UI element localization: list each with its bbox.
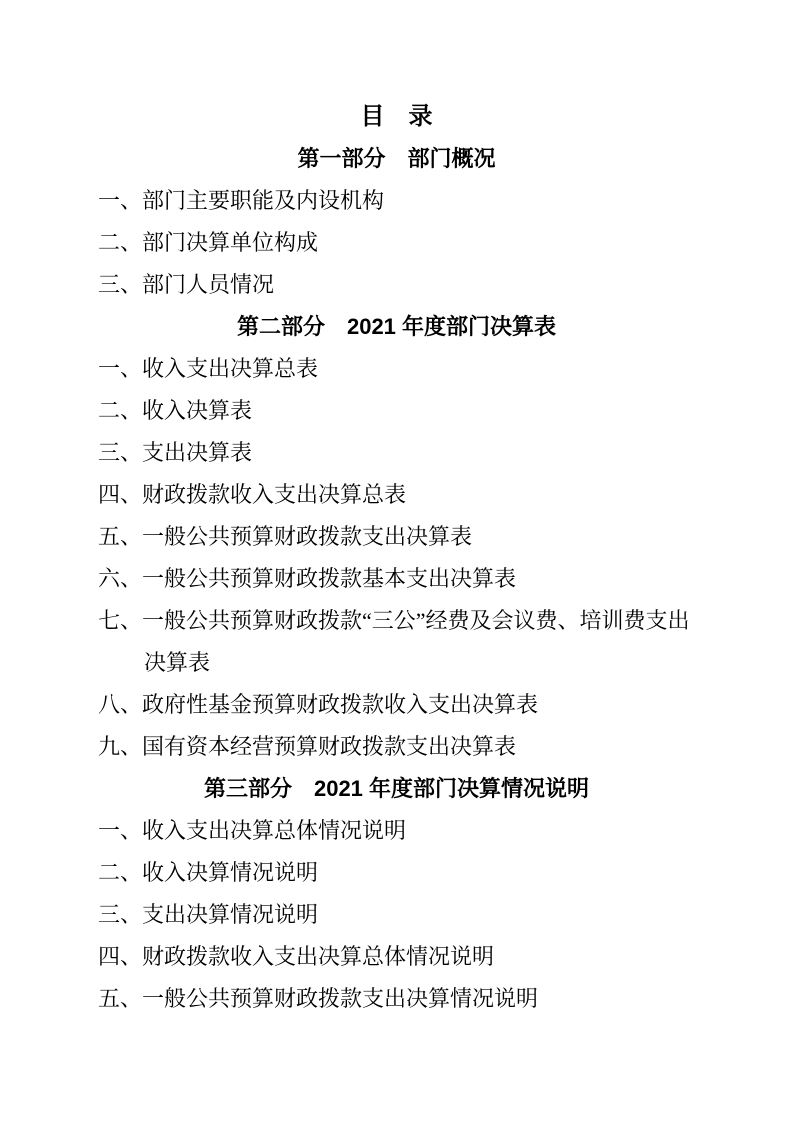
toc-title: 目 录: [0, 96, 793, 138]
part3-heading: 第三部分 2021 年度部门决算情况说明: [0, 768, 793, 810]
part3-item-4: 四、财政拨款收入支出决算总体情况说明: [0, 936, 793, 978]
part3-item-5: 五、一般公共预算财政拨款支出决算情况说明: [0, 978, 793, 1020]
part2-item-5: 五、一般公共预算财政拨款支出决算表: [0, 516, 793, 558]
part2-item-2: 二、收入决算表: [0, 390, 793, 432]
part1-heading: 第一部分 部门概况: [0, 138, 793, 180]
part2-heading: 第二部分 2021 年度部门决算表: [0, 306, 793, 348]
part3-item-2: 二、收入决算情况说明: [0, 852, 793, 894]
part2-item-8: 八、政府性基金预算财政拨款收入支出决算表: [0, 684, 793, 726]
part1-item-1: 一、部门主要职能及内设机构: [0, 180, 793, 222]
part2-item-1: 一、收入支出决算总表: [0, 348, 793, 390]
part1-item-3: 三、部门人员情况: [0, 264, 793, 306]
part3-item-1: 一、收入支出决算总体情况说明: [0, 810, 793, 852]
part1-item-2: 二、部门决算单位构成: [0, 222, 793, 264]
part2-item-9: 九、国有资本经营预算财政拨款支出决算表: [0, 726, 793, 768]
part2-item-7-line-1: 七、一般公共预算财政拨款“三公”经费及会议费、培训费支出: [0, 600, 793, 642]
part2-item-4: 四、财政拨款收入支出决算总表: [0, 474, 793, 516]
part2-item-7-line-2: 决算表: [0, 642, 793, 684]
toc-page: 目 录 第一部分 部门概况 一、部门主要职能及内设机构 二、部门决算单位构成 三…: [0, 0, 793, 1122]
part2-item-6: 六、一般公共预算财政拨款基本支出决算表: [0, 558, 793, 600]
part2-item-3: 三、支出决算表: [0, 432, 793, 474]
part3-item-3: 三、支出决算情况说明: [0, 894, 793, 936]
